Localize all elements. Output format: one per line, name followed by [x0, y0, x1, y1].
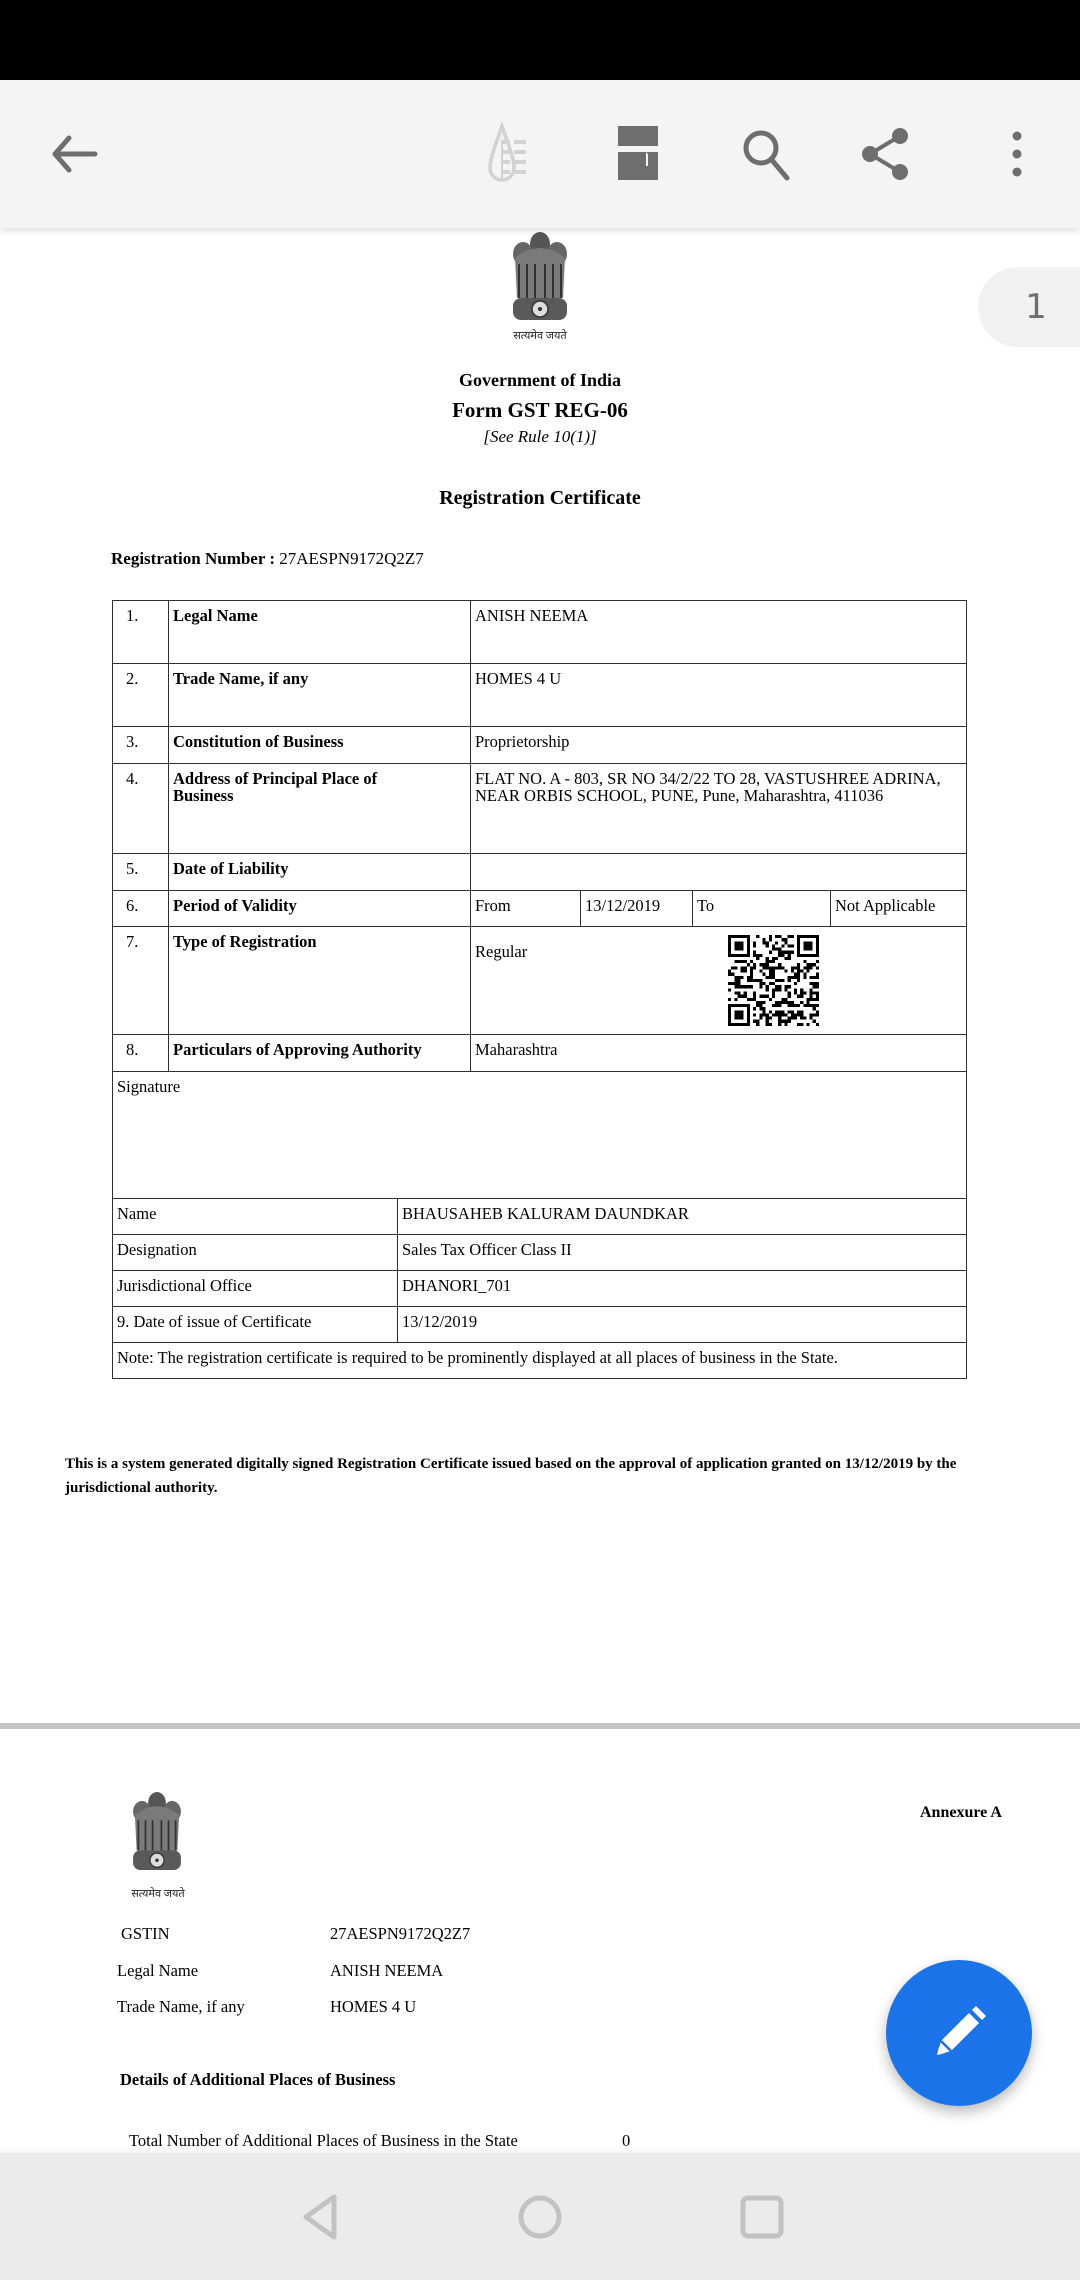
additional-places-heading: Details of Additional Places of Business — [120, 2070, 395, 2090]
validity-from-date: 13/12/2019 — [580, 890, 693, 927]
row-7-value: Regular — [470, 926, 967, 1035]
emblem-motto: सत्यमेव जयते — [495, 328, 585, 343]
row-1-value: ANISH NEEMA — [470, 600, 967, 664]
row-6-number: 6. — [112, 890, 169, 927]
page-layout-button[interactable] — [604, 120, 672, 188]
search-button[interactable] — [733, 120, 801, 188]
row-8-number: 8. — [112, 1034, 169, 1072]
total-additional-places-value: 0 — [622, 2131, 630, 2151]
row-3-value: Proprietorship — [470, 726, 967, 764]
annexure-title: Annexure A — [920, 1804, 1002, 1822]
system-navigation-bar — [0, 2153, 1080, 2280]
designation-label: Designation — [112, 1234, 398, 1271]
row-7-label: Type of Registration — [168, 926, 471, 1035]
nav-home-icon — [514, 2191, 566, 2243]
row-5-number: 5. — [112, 853, 169, 891]
jurisdictional-office-value: DHANORI_701 — [397, 1270, 967, 1307]
issue-date-label: 9. Date of issue of Certificate — [112, 1306, 398, 1343]
nav-recents-icon — [736, 2191, 788, 2243]
row-5-label: Date of Liability — [168, 853, 471, 891]
nav-recents-button[interactable] — [730, 2185, 794, 2249]
status-bar — [0, 0, 1080, 80]
row-4-number: 4. — [112, 763, 169, 854]
total-additional-places-label: Total Number of Additional Places of Bus… — [129, 2131, 518, 2151]
annex-legal-name-value: ANISH NEEMA — [330, 1961, 443, 1981]
designation-value: Sales Tax Officer Class II — [397, 1234, 967, 1271]
app-bar — [0, 80, 1080, 228]
page-number-indicator: 1 — [978, 267, 1080, 347]
validity-from-label: From — [470, 890, 581, 927]
validity-to-value: Not Applicable — [830, 890, 967, 927]
annex-legal-name-label: Legal Name — [117, 1961, 198, 1981]
issue-date-value: 13/12/2019 — [397, 1306, 967, 1343]
qr-code — [728, 935, 819, 1026]
national-emblem — [505, 228, 575, 324]
edit-pencil-icon — [929, 2003, 989, 2063]
row-6-label: Period of Validity — [168, 890, 471, 927]
annexure-emblem — [126, 1788, 188, 1874]
validity-to-label: To — [692, 890, 831, 927]
row-3-number: 3. — [112, 726, 169, 764]
form-title: Form GST REG-06 — [0, 398, 1080, 423]
row-1-label: Legal Name — [168, 600, 471, 664]
back-button[interactable] — [39, 120, 107, 188]
registration-number-label: Registration Number : — [111, 549, 275, 568]
row-8-label: Particulars of Approving Authority — [168, 1034, 471, 1072]
reading-mode-button[interactable] — [478, 120, 546, 188]
arrow-back-icon — [47, 128, 99, 180]
share-button[interactable] — [852, 120, 920, 188]
more-options-button[interactable] — [983, 120, 1051, 188]
annex-trade-name-label: Trade Name, if any — [117, 1997, 245, 2017]
gstin-value: 27AESPN9172Q2Z7 — [330, 1924, 470, 1944]
row-1-number: 1. — [112, 600, 169, 664]
document-pages: सत्यमेव जयते Government of India Form GS… — [0, 228, 1080, 2153]
display-note: Note: The registration certificate is re… — [112, 1342, 967, 1379]
system-generated-note: This is a system generated digitally sig… — [65, 1452, 1025, 1500]
rule-reference: [See Rule 10(1)] — [0, 427, 1080, 447]
row-7-number: 7. — [112, 926, 169, 1035]
officer-name-label: Name — [112, 1198, 398, 1235]
nav-back-icon — [296, 2191, 344, 2243]
reading-mode-icon — [480, 122, 544, 186]
share-icon — [856, 124, 916, 184]
row-4-label: Address of Principal Place of Business — [168, 763, 471, 854]
nav-back-button[interactable] — [288, 2185, 352, 2249]
certificate-title: Registration Certificate — [0, 487, 1080, 510]
pdf-viewer[interactable]: सत्यमेव जयते Government of India Form GS… — [0, 228, 1080, 2153]
nav-home-button[interactable] — [508, 2185, 572, 2249]
signature-box: Signature — [112, 1071, 967, 1199]
government-heading: Government of India — [0, 370, 1080, 391]
jurisdictional-office-label: Jurisdictional Office — [112, 1270, 398, 1307]
page-layout-icon — [614, 122, 662, 186]
registration-number: Registration Number : 27AESPN9172Q2Z7 — [111, 549, 424, 569]
row-2-value: HOMES 4 U — [470, 663, 967, 727]
row-4-value: FLAT NO. A - 803, SR NO 34/2/22 TO 28, V… — [470, 763, 967, 854]
more-vert-icon — [1007, 124, 1027, 184]
page-divider — [0, 1723, 1080, 1729]
edit-fab-button[interactable] — [886, 1960, 1032, 2106]
search-icon — [737, 124, 797, 184]
row-2-number: 2. — [112, 663, 169, 727]
annex-trade-name-value: HOMES 4 U — [330, 1997, 416, 2017]
annexure-emblem-motto: सत्यमेव जयते — [112, 1886, 204, 1901]
registration-number-value: 27AESPN9172Q2Z7 — [279, 549, 424, 568]
gstin-label: GSTIN — [121, 1924, 170, 1944]
row-5-value — [470, 853, 967, 891]
row-3-label: Constitution of Business — [168, 726, 471, 764]
row-8-value: Maharashtra — [470, 1034, 967, 1072]
officer-name-value: BHAUSAHEB KALURAM DAUNDKAR — [397, 1198, 967, 1235]
row-2-label: Trade Name, if any — [168, 663, 471, 727]
